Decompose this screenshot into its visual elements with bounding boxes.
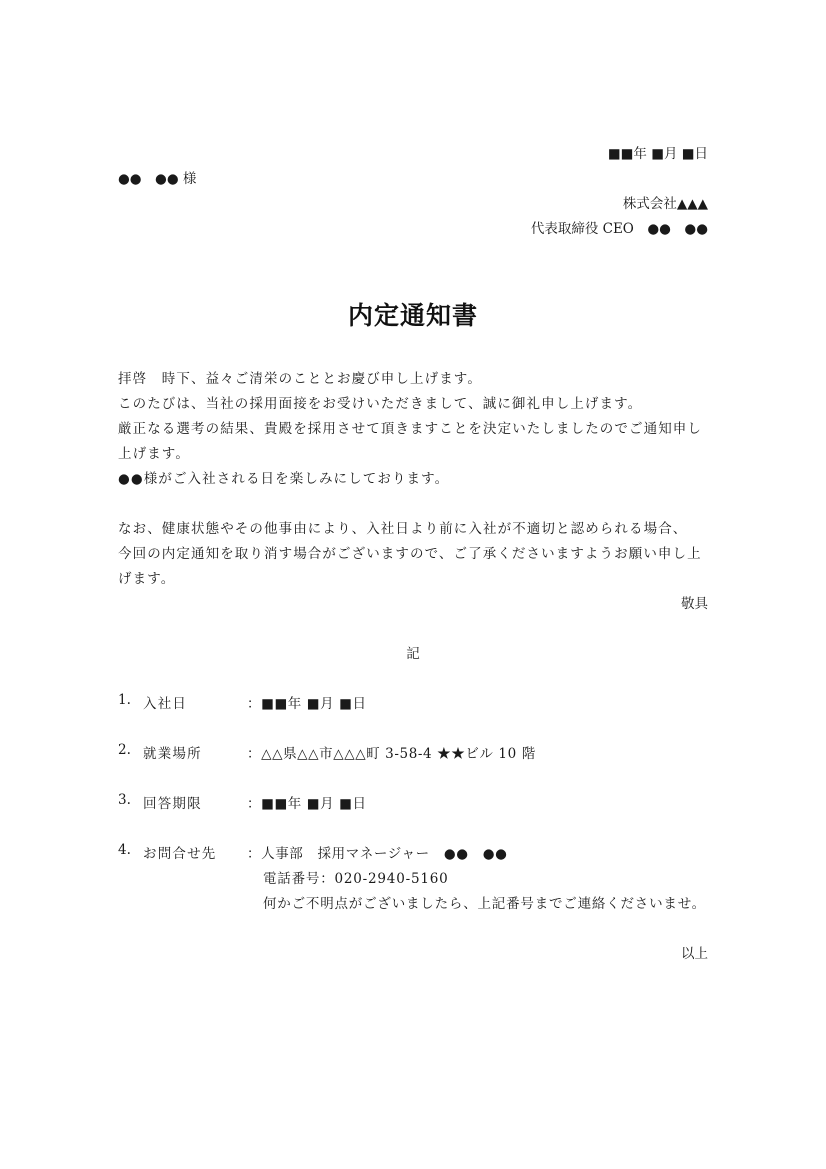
body-line: このたびは、当社の採用面接をお受けいただきまして、誠に御礼申し上げます。 (118, 392, 642, 412)
item-value: ：■■年 ■月 ■日 (247, 792, 367, 812)
notice-line: 今回の内定通知を取り消す場合がございますので、ご了承くださいますようお願い申し上 (118, 542, 702, 562)
page-title: 内定通知書 (0, 296, 826, 332)
item-label: 入社日 (143, 692, 187, 712)
item-label: お問合せ先 (143, 842, 217, 862)
record-heading: 記 (0, 642, 826, 662)
notice-line: なお、健康状態やその他事由により、入社日より前に入社が不適切と認められる場合、 (118, 517, 687, 537)
item-number: 1. (118, 692, 131, 708)
end-mark: 以上 (681, 942, 708, 962)
item-label: 就業場所 (143, 742, 202, 762)
closing-phrase: 敬具 (681, 592, 708, 612)
item-number: 4. (118, 842, 131, 858)
signer-name: 代表取締役 CEO ●● ●● (531, 217, 708, 237)
recipient-name: ●● ●● 様 (118, 167, 196, 187)
item-number: 3. (118, 792, 131, 808)
contact-note: 何かご不明点がございましたら、上記番号までご連絡くださいませ。 (263, 892, 706, 912)
company-name: 株式会社▲▲▲ (623, 192, 708, 212)
item-label: 回答期限 (143, 792, 202, 812)
notice-line: げます。 (118, 567, 175, 587)
body-line: 上げます。 (118, 442, 190, 462)
item-value: ：△△県△△市△△△町 3-58-4 ★★ビル 10 階 (247, 742, 536, 762)
item-value: ：■■年 ■月 ■日 (247, 692, 367, 712)
body-line: ●●様がご入社される日を楽しみにしております。 (118, 467, 449, 487)
letter-date: ■■年 ■月 ■日 (608, 142, 708, 162)
body-line: 厳正なる選考の結果、貴殿を採用させて頂きますことを決定いたしましたのでご通知申し (118, 417, 702, 437)
item-value: ：人事部 採用マネージャー ●● ●● (247, 842, 507, 862)
item-number: 2. (118, 742, 131, 758)
body-line: 拝啓 時下、益々ご清栄のこととお慶び申し上げます。 (118, 367, 482, 387)
contact-phone: 電話番号：020-2940-5160 (263, 867, 449, 887)
